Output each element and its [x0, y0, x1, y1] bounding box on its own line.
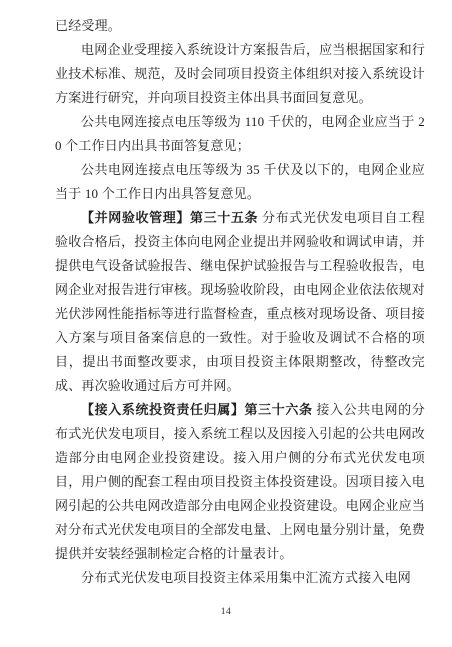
paragraph: 电网企业受理接入系统设计方案报告后，应当根据国家和行业技术标准、规范，及时会同项… [55, 38, 425, 110]
document-page: 已经受理。电网企业受理接入系统设计方案报告后，应当根据国家和行业技术标准、规范，… [0, 0, 452, 647]
article-paragraph: 【并网验收管理】第三十五条 分布式光伏发电项目自工程验收合格后，投资主体向电网企… [55, 206, 425, 398]
article-heading: 【并网验收管理】第三十五条 [81, 210, 258, 225]
page-number: 14 [0, 607, 452, 617]
paragraph: 公共电网连接点电压等级为 35 千伏及以下的，电网企业应当于 10 个工作日内出… [55, 158, 425, 206]
paragraph: 已经受理。 [55, 14, 425, 38]
article-heading: 【接入系统投资责任归属】第三十六条 [81, 402, 313, 417]
article-paragraph: 【接入系统投资责任归属】第三十六条 接入公共电网的分布式光伏发电项目，接入系统工… [55, 398, 425, 566]
paragraph: 分布式光伏发电项目投资主体采用集中汇流方式接入电网 [55, 566, 425, 590]
paragraph: 公共电网连接点电压等级为 110 千伏的，电网企业应当于 20 个工作日内出具书… [55, 110, 425, 158]
document-text: 已经受理。电网企业受理接入系统设计方案报告后，应当根据国家和行业技术标准、规范，… [55, 14, 425, 590]
